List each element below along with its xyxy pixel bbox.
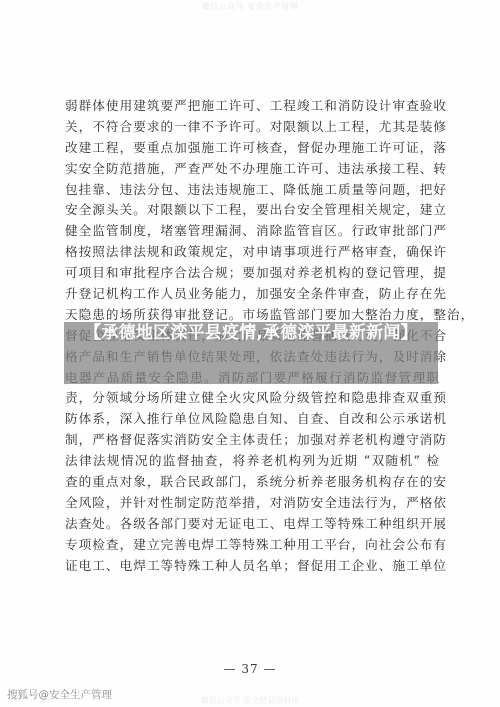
page-number: — 37 — — [0, 662, 500, 676]
top-watermark: 微信公众号 安全生产管理 — [0, 1, 500, 12]
text-line: 安全源头关。对限额以下工程，要出台安全管理相关规定，建立 — [65, 200, 440, 221]
text-line: 防体系，深入推行单位风险隐患自知、自查、自改和公示承诺机 — [65, 409, 440, 430]
text-line: 证电工、电焊工等特殊工种人员名单；督促用工企业、施工单位 — [65, 556, 440, 577]
text-line: 制，严格督促落实消防安全主体责任；加强对养老机构遵守消防 — [65, 430, 440, 451]
article-title: 【承德地区滦平县疫情,承德滦平最新新闻】 — [64, 323, 438, 343]
text-line: 弱群体使用建筑要严把施工许可、工程竣工和消防设计审查验收 — [65, 96, 440, 117]
text-line: 包挂靠、违法分包、违法违规施工、降低施工质量等问题，把好 — [65, 180, 440, 201]
text-line: 关，不符合要求的一律不予许可。对限额以上工程，尤其是装修 — [65, 117, 440, 138]
text-line: 实安全防范措施，严查严处不办理施工许可、违法承接工程、转 — [65, 159, 440, 180]
text-line: 升登记机构工作人员业务能力，加强安全条件审查，防止存在先 — [65, 284, 440, 305]
text-line: 可项目和审批程序合法合规；要加强对养老机构的登记管理，提 — [65, 263, 440, 284]
text-line: 法律法规情况的监督抽查，将养老机构列为近期 “双随机” 检 — [65, 451, 440, 472]
text-line: 格按照法律法规和政策规定，对申请事项进行严格审查，确保许 — [65, 242, 440, 263]
text-line: 专项检查，建立完善电焊工等特殊工种用工平台，向社会公布有 — [65, 535, 440, 556]
document-page: 微信公众号 安全生产管理 弱群体使用建筑要严把施工许可、工程竣工和消防设计审查验… — [0, 0, 500, 707]
text-line: 责，分领域分场所建立健全火灾风险分级管控和隐患排查双重预 — [65, 388, 440, 409]
text-line: 法查处。各级各部门要对无证电工、电焊工等特殊工种组织开展 — [65, 514, 440, 535]
text-line: 改建工程，要重点加强施工许可核查，督促办理施工许可证，落 — [65, 138, 440, 159]
text-line: 查的重点对象，联合民政部门，系统分析养老服务机构存在的安 — [65, 472, 440, 493]
text-line: 健全监管制度，堵塞管理漏洞、消除监管盲区。行政审批部门严 — [65, 221, 440, 242]
bottom-watermark: 微信公众号 安全精品资料库 — [0, 695, 500, 706]
text-line: 全风险，并针对性制定防范举措，对消防安全违法行为，严格依 — [65, 493, 440, 514]
